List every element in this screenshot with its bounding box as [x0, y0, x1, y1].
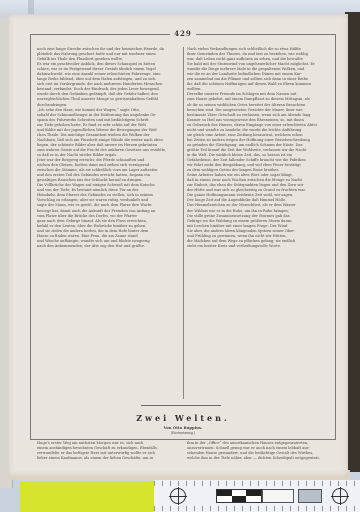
section-rule	[141, 405, 221, 406]
story-title: Zwei Welten.	[31, 413, 335, 423]
right-column: Nach vielen Verhandlungen sich schließli…	[187, 47, 331, 403]
ruler-ticks-bottom	[154, 506, 360, 511]
column-divider	[183, 47, 184, 399]
text-frame: 429 noch eine lange Strecke zwischen ihr…	[30, 34, 336, 440]
story-author: Von Otto Ruppius.	[31, 425, 335, 430]
background-mark	[28, 0, 34, 14]
left-column: noch eine lange Strecke zwischen ihr und…	[37, 47, 181, 403]
crosshair-icon	[170, 488, 186, 504]
text-line: nach den Ankommenden; der Alte zog den H…	[37, 244, 181, 249]
page-number-text: 429	[170, 29, 196, 38]
text-line: zum Hause gekehrt, auf einem Dampfboot z…	[187, 97, 331, 102]
white-patch	[262, 489, 294, 503]
story-left-column: Hugo's erster Weg am nächsten Morgen war…	[37, 441, 181, 463]
ruler-ticks-top	[154, 481, 360, 486]
text-line: welche ihm in der Tiefe näher, aber — di…	[187, 456, 331, 461]
crosshair-icon	[332, 488, 348, 504]
checker-pattern	[216, 489, 262, 503]
grey-patch	[298, 489, 322, 503]
color-scale-bar	[154, 480, 360, 512]
story-continuation: (Fortsetzung.)	[31, 431, 335, 435]
book-page: 429 noch eine lange Strecke zwischen ihr…	[8, 14, 348, 476]
text-line: zu Gebrauch des Hauses, deren Eingänge v…	[187, 123, 331, 128]
text-line: steht ein breiter Kreis und verheißungsv…	[187, 244, 331, 249]
page-number: 429	[31, 29, 335, 38]
story-right-column: ihm in der „Office“ des amerikanischen H…	[187, 441, 331, 463]
yellow-tag	[20, 481, 154, 512]
text-line: bestimmte Väter Ortschaft zu verlassen, …	[187, 113, 331, 118]
text-line: lieber einem Kaufmanne, als einem der li…	[37, 456, 181, 461]
text-line: ihr, daß die schönen Hoffnungen auf dies…	[187, 82, 331, 87]
